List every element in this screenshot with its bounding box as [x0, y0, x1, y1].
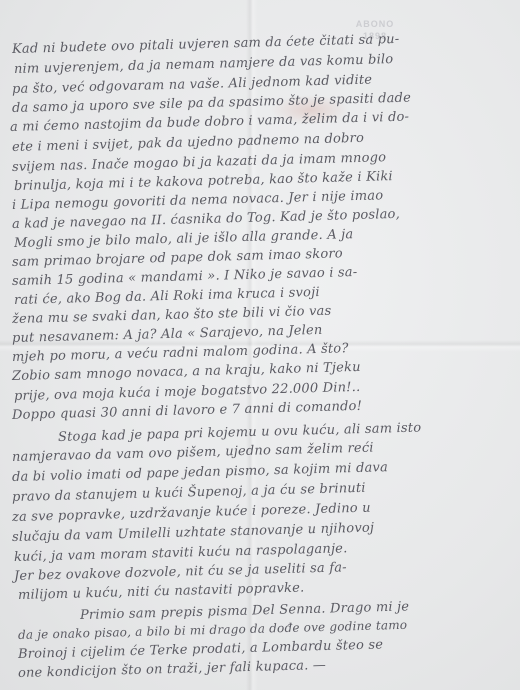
letter-line: milijom u kuću, niti ću nastaviti poprav…	[18, 581, 305, 603]
letter-line: one kondicijon što on traži, jer fali ku…	[18, 658, 326, 681]
stamp-line-1: ABONO	[300, 18, 450, 30]
letter-line: Broinoj i cijelim će Terke prodati, a Lo…	[18, 637, 384, 662]
letter-page: ABONO 1898 Kad ni budete ovo pitali uvje…	[0, 0, 520, 690]
